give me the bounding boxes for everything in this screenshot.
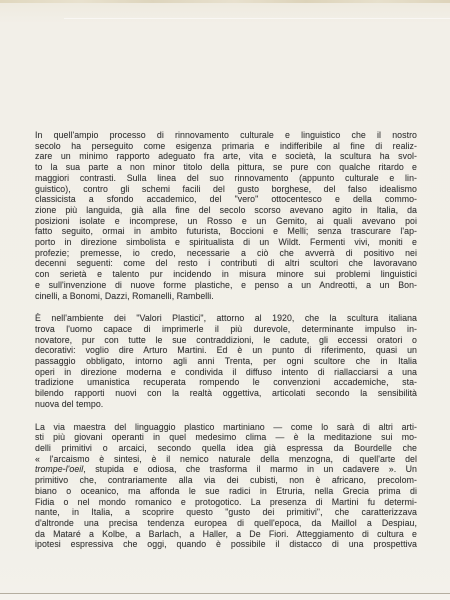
text-line: nante, in Italia, a scoprire questo "gus…: [35, 507, 417, 518]
page-bottom-edge: [0, 593, 450, 600]
text-line: operi in direzione moderna e condivida i…: [35, 367, 417, 378]
text-line: trompe-l'oeil, stupida e odiosa, che tra…: [35, 464, 417, 475]
text-line: passaggio obbligato, intorno agli anni T…: [35, 356, 417, 367]
page-top-scan-edge: [0, 0, 450, 3]
page-top-faint-line: [64, 18, 450, 19]
text-line: trova l'uomo capace di imprimerle il più…: [35, 324, 417, 335]
text-line: e sull'invenzione di nuove forme plastic…: [35, 280, 417, 291]
text-line: guistico), contro gli schemi facili del …: [35, 184, 417, 195]
text-line: ipotesi espressiva che oggi, quando è po…: [35, 539, 417, 550]
text-line: fatto seguito, ormai in ambito futurista…: [35, 226, 417, 237]
text-line: decorativi: voglio dire Arturo Martini. …: [35, 345, 417, 356]
text-line: primitivo che, contrariamente alla via d…: [35, 475, 417, 486]
italic-term: trompe-l'oeil: [35, 464, 83, 474]
text-line: zare un minimo rapporto adeguato fra art…: [35, 151, 417, 162]
text-line: nuova del tempo.: [35, 399, 417, 410]
text-line: novatore, pur con tutte le sue contraddi…: [35, 335, 417, 346]
text-line: delli primitivi o arcaici, secondo quell…: [35, 443, 417, 454]
text-line: zione più languida, già alla fine del se…: [35, 205, 417, 216]
text-line: secolo ha perseguito come esigenza prima…: [35, 141, 417, 152]
text-block: In quell'ampio processo di rinnovamento …: [35, 130, 417, 562]
text-line: con serietà e talento pur incidendo in m…: [35, 269, 417, 280]
text-line: In quell'ampio processo di rinnovamento …: [35, 130, 417, 141]
text-line: tradizione umanistica recuperata rompend…: [35, 377, 417, 388]
text-line: classicista a sfondo accademico, del "ve…: [35, 194, 417, 205]
text-line: maggiori contrasti. Sulla linea del suo …: [35, 173, 417, 184]
text-line: sti più giovani operanti in quel medesim…: [35, 432, 417, 443]
text-line: bilendo rapporti nuovi con la realtà ogg…: [35, 388, 417, 399]
text-line: d'altronde una precisa tendenza europea …: [35, 518, 417, 529]
paragraph-2: È nell'ambiente dei "Valori Plastici", a…: [35, 313, 417, 409]
paragraph-3: La via maestra del linguaggio plastico m…: [35, 422, 417, 550]
text-line: profezie; premesse, io credo, necessarie…: [35, 248, 417, 259]
text-line: « l'arcaismo è sintesi, è il nemico natu…: [35, 454, 417, 465]
text-line: La via maestra del linguaggio plastico m…: [35, 422, 417, 433]
text-line: posizioni isolate e incomprese, un Rosso…: [35, 216, 417, 227]
text-line: da Mataré a Kolbe, a Barlach, a Haller, …: [35, 529, 417, 540]
text-line: porto in direzione simbolista e spiritua…: [35, 237, 417, 248]
scanned-page: In quell'ampio processo di rinnovamento …: [0, 0, 450, 600]
text-line: to la sua parte a non minor titolo della…: [35, 162, 417, 173]
text-line: biano o oceanico, ma affonda le sue radi…: [35, 486, 417, 497]
text-line: È nell'ambiente dei "Valori Plastici", a…: [35, 313, 417, 324]
text-line: Fidia o nel mondo romanico e protogotico…: [35, 497, 417, 508]
paragraph-1: In quell'ampio processo di rinnovamento …: [35, 130, 417, 301]
text-line: decenni seguenti: come del resto i contr…: [35, 258, 417, 269]
text-line: cinelli, a Bonomi, Dazzi, Romanelli, Ram…: [35, 291, 417, 302]
